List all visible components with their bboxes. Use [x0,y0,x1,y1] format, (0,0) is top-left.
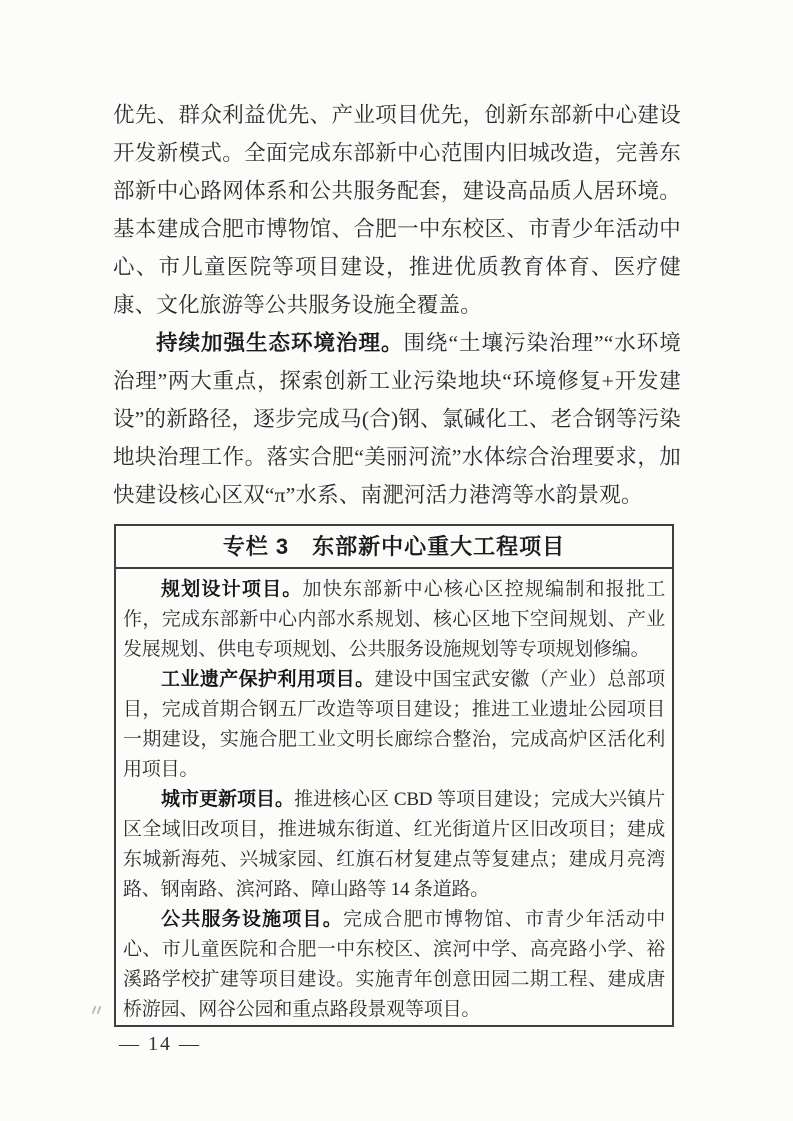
feature-box: 专栏 3 东部新中心重大工程项目 规划设计项目。加快东部新中心核心区控规编制和报… [114,524,674,1027]
document-page: 优先、群众利益优先、产业项目优先，创新东部新中心建设开发新模式。全面完成东部新中… [0,0,793,1121]
box-paragraph-lead: 城市更新项目。 [161,789,294,810]
page-number: — 14 — [119,1033,201,1056]
box-paragraph: 城市更新项目。推进核心区 CBD 等项目建设；完成大兴镇片区全域旧改项目，推进城… [123,785,665,905]
box-paragraph: 规划设计项目。加快东部新中心核心区控规编制和报批工作，完成东部新中心内部水系规划… [123,575,665,665]
box-paragraph-lead: 公共服务设施项目。 [161,909,343,930]
body-paragraph: 持续加强生态环境治理。围绕“土壤污染治理”“水环境治理”两大重点，探索创新工业污… [113,324,681,514]
paragraph-lead: 持续加强生态环境治理。 [156,331,403,355]
scan-artifact [93,1001,109,1011]
paragraph-text: 围绕“土壤污染治理”“水环境治理”两大重点，探索创新工业污染地块“环境修复+开发… [113,331,681,507]
box-paragraph: 工业遗产保护利用项目。建设中国宝武安徽（产业）总部项目，完成首期合钢五厂改造等项… [123,665,665,785]
box-paragraph-lead: 规划设计项目。 [161,579,303,600]
paragraph-text: 优先、群众利益优先、产业项目优先，创新东部新中心建设开发新模式。全面完成东部新中… [113,103,681,317]
body-paragraph: 优先、群众利益优先、产业项目优先，创新东部新中心建设开发新模式。全面完成东部新中… [113,96,681,324]
box-paragraph-lead: 工业遗产保护利用项目。 [161,669,374,690]
feature-box-title: 专栏 3 东部新中心重大工程项目 [116,526,672,569]
box-paragraph: 公共服务设施项目。完成合肥市博物馆、市青少年活动中心、市儿童医院和合肥一中东校区… [123,905,665,1025]
feature-box-body: 规划设计项目。加快东部新中心核心区控规编制和报批工作，完成东部新中心内部水系规划… [116,569,672,1025]
